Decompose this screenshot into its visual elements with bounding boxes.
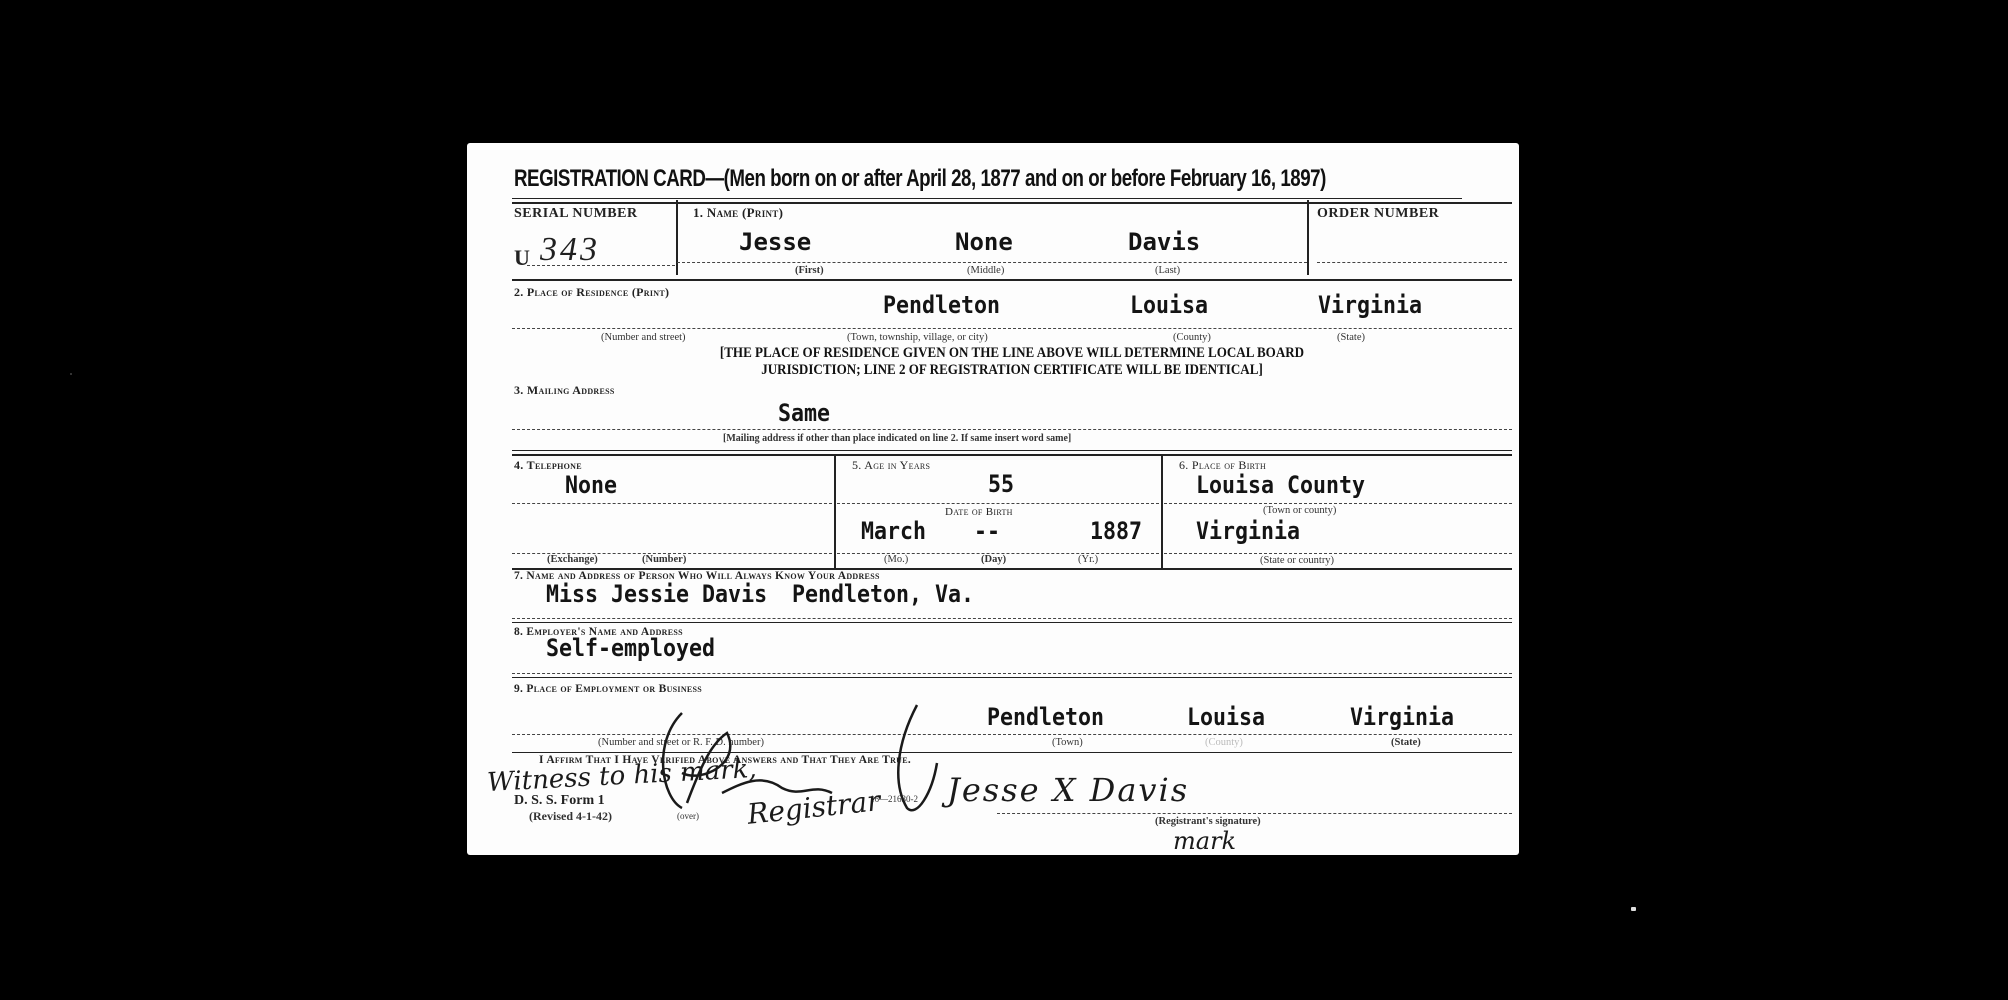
birth-month-value: March	[861, 517, 926, 545]
card-title: REGISTRATION CARD—(Men born on or after …	[514, 165, 1326, 193]
employment-county-caption: (County)	[1205, 737, 1243, 748]
employment-town-value: Pendleton	[987, 703, 1104, 731]
contact-address-value: Pendleton, Va.	[792, 580, 974, 608]
registrant-signature-line	[997, 813, 1512, 814]
birthplace-town-caption: (Town or county)	[1263, 505, 1336, 516]
signature-flourish	[887, 703, 947, 823]
month-caption: (Mo.)	[884, 554, 908, 565]
title-rule-thick	[512, 202, 1512, 204]
mailing-line	[512, 429, 1512, 430]
mailing-rule-2	[512, 454, 1512, 456]
form-revised: (Revised 4-1-42)	[529, 809, 612, 824]
title-rule	[512, 198, 1462, 199]
employer-line	[512, 673, 1512, 674]
employment-county-value: Louisa	[1187, 703, 1265, 731]
last-caption: (Last)	[1155, 265, 1180, 276]
age-value: 55	[988, 470, 1014, 498]
employment-state-caption: (State)	[1391, 737, 1421, 748]
serial-prefix: U	[514, 245, 530, 271]
row1-rule	[512, 279, 1512, 281]
order-number-label: ORDER NUMBER	[1317, 206, 1439, 222]
registrar-signature-scrawl	[642, 703, 842, 813]
birth-day-value: --	[974, 517, 1000, 545]
last-name-value: Davis	[1128, 228, 1200, 256]
day-caption: (Day)	[981, 554, 1006, 565]
scan-speck	[1631, 907, 1636, 911]
residence-street-caption: (Number and street)	[601, 332, 686, 343]
scan-speck	[70, 373, 72, 375]
name-line	[677, 262, 1307, 263]
registration-card: REGISTRATION CARD—(Men born on or after …	[467, 143, 1519, 855]
order-number-line	[1317, 262, 1507, 263]
jurisdiction-notice-line2: JURISDICTION; LINE 2 OF REGISTRATION CER…	[562, 362, 1462, 379]
order-divider	[1307, 200, 1309, 275]
serial-divider	[676, 200, 678, 275]
age-line	[837, 503, 1159, 504]
mark-note: mark	[1173, 827, 1236, 855]
residence-label: 2. Place of Residence (Print)	[514, 285, 669, 300]
serial-number-value: 343	[540, 231, 600, 269]
telephone-age-divider	[834, 456, 836, 568]
residence-county-caption: (County)	[1173, 332, 1211, 343]
birthplace-state-value: Virginia	[1196, 517, 1300, 545]
contact-line	[512, 618, 1512, 619]
first-caption: (First)	[795, 265, 824, 276]
telephone-line	[512, 503, 832, 504]
registrant-signature: Jesse X Davis	[947, 771, 1189, 809]
mailing-address-label: 3. Mailing Address	[514, 383, 615, 398]
number-caption: (Number)	[642, 554, 686, 565]
birth-year-value: 1887	[1090, 517, 1142, 545]
residence-town-caption: (Town, township, village, or city)	[847, 332, 988, 343]
birthplace-town-line	[1164, 503, 1512, 504]
birthplace-state-caption: (State or country)	[1260, 555, 1334, 566]
jurisdiction-notice-line1: [THE PLACE OF RESIDENCE GIVEN ON THE LIN…	[562, 345, 1462, 362]
employer-value: Self-employed	[546, 634, 715, 662]
first-name-value: Jesse	[739, 228, 811, 256]
middle-caption: (Middle)	[967, 265, 1004, 276]
mailing-address-value: Same	[778, 399, 830, 427]
birthplace-state-line	[1164, 553, 1512, 554]
employment-state-value: Virginia	[1350, 703, 1454, 731]
residence-line	[512, 328, 1512, 329]
year-caption: (Yr.)	[1078, 554, 1098, 565]
mailing-caption: [Mailing address if other than place ind…	[723, 433, 1071, 444]
form-id: D. S. S. Form 1	[514, 793, 605, 809]
contact-rule	[512, 622, 1512, 623]
name-label: 1. Name (Print)	[693, 205, 783, 221]
employment-town-caption: (Town)	[1052, 737, 1083, 748]
residence-town-value: Pendleton	[883, 291, 1000, 319]
residence-county-value: Louisa	[1130, 291, 1208, 319]
registrant-signature-caption: (Registrant's signature)	[1155, 816, 1261, 827]
residence-state-value: Virginia	[1318, 291, 1422, 319]
employment-place-label: 9. Place of Employment or Business	[514, 683, 702, 695]
birthplace-town-value: Louisa County	[1196, 471, 1365, 499]
contact-name-value: Miss Jessie Davis	[546, 580, 767, 608]
age-label: 5. Age in Years	[852, 458, 930, 473]
employer-rule	[512, 677, 1512, 678]
age-birthplace-divider	[1161, 456, 1163, 568]
residence-state-caption: (State)	[1337, 332, 1365, 343]
serial-number-label: SERIAL NUMBER	[514, 206, 638, 222]
jurisdiction-notice: [THE PLACE OF RESIDENCE GIVEN ON THE LIN…	[562, 345, 1462, 379]
middle-name-value: None	[955, 228, 1013, 256]
telephone-value: None	[565, 471, 617, 499]
serial-line	[527, 265, 675, 266]
exchange-caption: (Exchange)	[547, 554, 598, 565]
mailing-rule-1	[512, 450, 1512, 451]
